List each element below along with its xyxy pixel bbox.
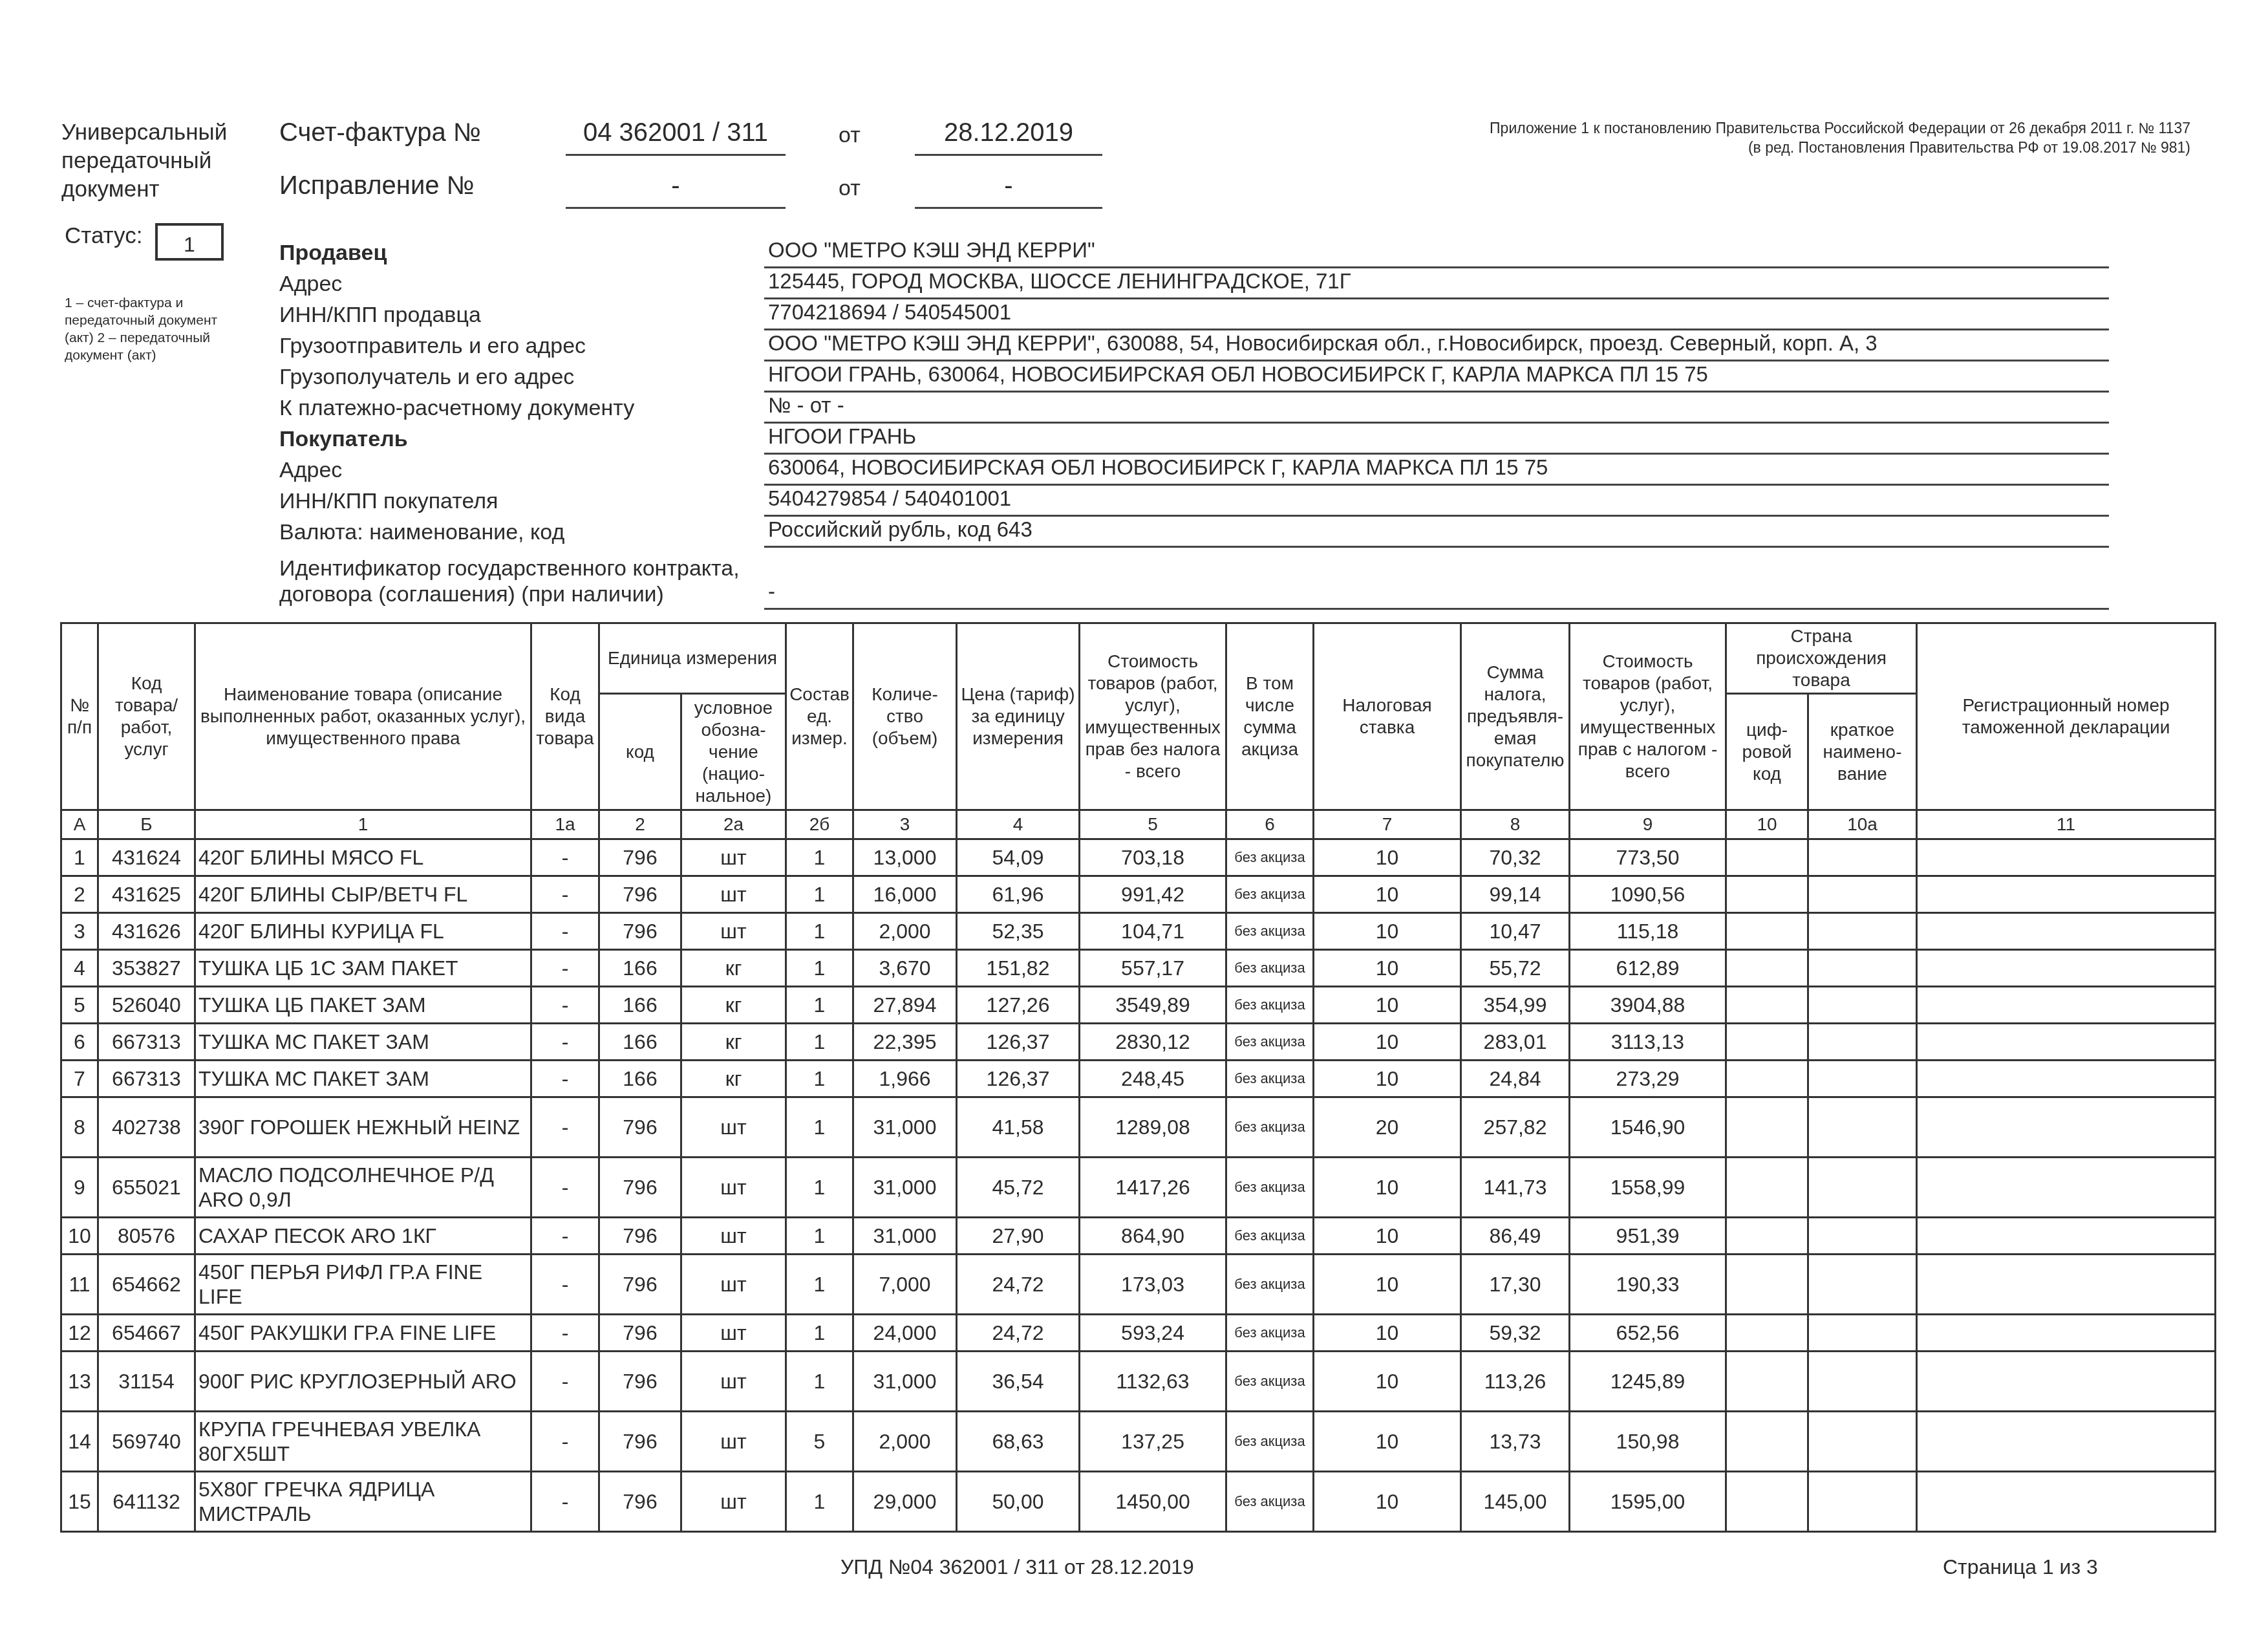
country-code <box>1726 1352 1808 1412</box>
country-code <box>1726 987 1808 1024</box>
tax-rate: 10 <box>1314 950 1461 987</box>
table-row: 9655021МАСЛО ПОДСОЛНЕЧНОЕ Р/Д ARO 0,9Л-7… <box>61 1158 2216 1218</box>
info-row: Грузоотправитель и его адресООО "МЕТРО К… <box>279 330 2109 361</box>
tax-rate: 10 <box>1314 1255 1461 1315</box>
country-name <box>1808 950 1917 987</box>
info-label: К платежно-расчетному документу <box>279 395 764 424</box>
kind-code: - <box>531 876 599 913</box>
excise: без акциза <box>1226 876 1314 913</box>
price: 41,58 <box>957 1097 1080 1158</box>
tax-rate: 10 <box>1314 1061 1461 1097</box>
unit-code: 796 <box>599 1472 681 1532</box>
tax-rate: 10 <box>1314 987 1461 1024</box>
unit-code: 796 <box>599 1352 681 1412</box>
price: 126,37 <box>957 1061 1080 1097</box>
item-name: 900Г РИС КРУГЛОЗЕРНЫЙ ARO <box>195 1352 531 1412</box>
header-pack: Состав ед. измер. <box>786 623 853 810</box>
item-name: 420Г БЛИНЫ СЫР/ВЕТЧ FL <box>195 876 531 913</box>
correction-date-label: от <box>839 176 861 201</box>
cost-without-tax: 991,42 <box>1080 876 1226 913</box>
info-row: К платежно-расчетному документу№ - от - <box>279 393 2109 424</box>
quantity: 22,395 <box>853 1024 957 1061</box>
item-name: ТУШКА ЦБ 1С ЗАМ ПАКЕТ <box>195 950 531 987</box>
unit-name: шт <box>681 1097 786 1158</box>
item-code: 31154 <box>98 1352 195 1412</box>
country-code <box>1726 1412 1808 1472</box>
unit-code: 796 <box>599 1158 681 1218</box>
pack: 1 <box>786 1352 853 1412</box>
unit-code: 166 <box>599 987 681 1024</box>
unit-name: кг <box>681 1024 786 1061</box>
pack: 1 <box>786 913 853 950</box>
item-code: 80576 <box>98 1218 195 1255</box>
info-row: ИНН/КПП покупателя5404279854 / 540401001 <box>279 486 2109 517</box>
total-with-tax: 652,56 <box>1570 1315 1726 1352</box>
table-row: 6667313ТУШКА МС ПАКЕТ ЗАМ-166кг122,39512… <box>61 1024 2216 1061</box>
table-row: 8402738390Г ГОРОШЕК НЕЖНЫЙ HEINZ-796шт13… <box>61 1097 2216 1158</box>
country-code <box>1726 1097 1808 1158</box>
quantity: 13,000 <box>853 839 957 876</box>
kind-code: - <box>531 1024 599 1061</box>
table-row: 11654662450Г ПЕРЬЯ РИФЛ ГР.А FINE LIFE-7… <box>61 1255 2216 1315</box>
customs-number <box>1917 1061 2216 1097</box>
unit-code: 166 <box>599 1061 681 1097</box>
legal-annex: Приложение 1 к постановлению Правительст… <box>1490 118 2190 157</box>
country-name <box>1808 1472 1917 1532</box>
excise: без акциза <box>1226 1061 1314 1097</box>
customs-number <box>1917 1352 2216 1412</box>
country-name <box>1808 876 1917 913</box>
row-number: 8 <box>61 1097 98 1158</box>
row-number: 12 <box>61 1315 98 1352</box>
item-name: ТУШКА МС ПАКЕТ ЗАМ <box>195 1024 531 1061</box>
pack: 1 <box>786 839 853 876</box>
row-number: 3 <box>61 913 98 950</box>
invoice-date: 28.12.2019 <box>915 118 1102 156</box>
info-row: ИНН/КПП продавца7704218694 / 540545001 <box>279 299 2109 330</box>
table-row: 4353827ТУШКА ЦБ 1С ЗАМ ПАКЕТ-166кг13,670… <box>61 950 2216 987</box>
quantity: 24,000 <box>853 1315 957 1352</box>
tax-rate: 10 <box>1314 1158 1461 1218</box>
excise: без акциза <box>1226 839 1314 876</box>
country-code <box>1726 876 1808 913</box>
tax-rate: 10 <box>1314 913 1461 950</box>
customs-number <box>1917 913 2216 950</box>
info-label: Покупатель <box>279 426 764 455</box>
item-name: САХАР ПЕСОК ARO 1КГ <box>195 1218 531 1255</box>
pack: 1 <box>786 987 853 1024</box>
page-indicator: Страница 1 из 3 <box>1943 1555 2098 1579</box>
unit-code: 796 <box>599 876 681 913</box>
info-value: 7704218694 / 540545001 <box>764 300 2109 330</box>
info-row: Идентификатор государственного контракта… <box>279 548 2109 610</box>
cost-without-tax: 1289,08 <box>1080 1097 1226 1158</box>
info-value: НГООИ ГРАНЬ <box>764 424 2109 455</box>
cost-without-tax: 248,45 <box>1080 1061 1226 1097</box>
column-number: 10 <box>1726 810 1808 839</box>
unit-name: кг <box>681 950 786 987</box>
country-name <box>1808 987 1917 1024</box>
cost-without-tax: 2830,12 <box>1080 1024 1226 1061</box>
header-kind: Код вида товара <box>531 623 599 810</box>
table-row: 1431624420Г БЛИНЫ МЯСО FL-796шт113,00054… <box>61 839 2216 876</box>
tax-rate: 20 <box>1314 1097 1461 1158</box>
country-code <box>1726 1218 1808 1255</box>
customs-number <box>1917 1315 2216 1352</box>
column-number: 4 <box>957 810 1080 839</box>
price: 45,72 <box>957 1158 1080 1218</box>
header-name: Наименование товара (описание выполненны… <box>195 623 531 810</box>
country-code <box>1726 950 1808 987</box>
tax-amount: 99,14 <box>1461 876 1570 913</box>
column-number: 7 <box>1314 810 1461 839</box>
info-value: ООО "МЕТРО КЭШ ЭНД КЕРРИ", 630088, 54, Н… <box>764 331 2109 361</box>
kind-code: - <box>531 1061 599 1097</box>
tax-amount: 283,01 <box>1461 1024 1570 1061</box>
quantity: 29,000 <box>853 1472 957 1532</box>
pack: 1 <box>786 1158 853 1218</box>
tax-amount: 24,84 <box>1461 1061 1570 1097</box>
pack: 1 <box>786 1097 853 1158</box>
column-number: 1 <box>195 810 531 839</box>
cost-without-tax: 864,90 <box>1080 1218 1226 1255</box>
kind-code: - <box>531 1158 599 1218</box>
header-country-name: краткое наимено-вание <box>1808 694 1917 810</box>
unit-name: кг <box>681 987 786 1024</box>
column-number: 10а <box>1808 810 1917 839</box>
info-row: Грузополучатель и его адресНГООИ ГРАНЬ, … <box>279 361 2109 393</box>
item-name: 420Г БЛИНЫ МЯСО FL <box>195 839 531 876</box>
unit-name: шт <box>681 1412 786 1472</box>
column-number: 1а <box>531 810 599 839</box>
customs-number <box>1917 1097 2216 1158</box>
excise: без акциза <box>1226 1158 1314 1218</box>
invoice-date-label: от <box>839 123 861 148</box>
cost-without-tax: 3549,89 <box>1080 987 1226 1024</box>
quantity: 3,670 <box>853 950 957 987</box>
country-name <box>1808 1412 1917 1472</box>
country-name <box>1808 1061 1917 1097</box>
column-number: 2б <box>786 810 853 839</box>
status-box: 1 <box>155 223 224 261</box>
table-row: 14569740КРУПА ГРЕЧНЕВАЯ УВЕЛКА 80ГХ5ШТ-7… <box>61 1412 2216 1472</box>
header-num: № п/п <box>61 623 98 810</box>
row-number: 6 <box>61 1024 98 1061</box>
invoice-number: 04 362001 / 311 <box>566 118 786 156</box>
column-number: А <box>61 810 98 839</box>
info-label: ИНН/КПП продавца <box>279 302 764 330</box>
row-number: 5 <box>61 987 98 1024</box>
customs-number <box>1917 1218 2216 1255</box>
price: 24,72 <box>957 1255 1080 1315</box>
price: 52,35 <box>957 913 1080 950</box>
info-label: Грузополучатель и его адрес <box>279 364 764 393</box>
unit-name: шт <box>681 839 786 876</box>
quantity: 2,000 <box>853 1412 957 1472</box>
pack: 1 <box>786 1024 853 1061</box>
total-with-tax: 3904,88 <box>1570 987 1726 1024</box>
cost-without-tax: 1132,63 <box>1080 1352 1226 1412</box>
kind-code: - <box>531 950 599 987</box>
quantity: 27,894 <box>853 987 957 1024</box>
country-name <box>1808 1352 1917 1412</box>
total-with-tax: 3113,13 <box>1570 1024 1726 1061</box>
annex-line-1: Приложение 1 к постановлению Правительст… <box>1490 118 2190 138</box>
excise: без акциза <box>1226 1255 1314 1315</box>
tax-amount: 86,49 <box>1461 1218 1570 1255</box>
row-number: 4 <box>61 950 98 987</box>
row-number: 11 <box>61 1255 98 1315</box>
total-with-tax: 1245,89 <box>1570 1352 1726 1412</box>
tax-rate: 10 <box>1314 1315 1461 1352</box>
row-number: 13 <box>61 1352 98 1412</box>
pack: 1 <box>786 1315 853 1352</box>
pack: 1 <box>786 1218 853 1255</box>
unit-code: 796 <box>599 1255 681 1315</box>
customs-number <box>1917 839 2216 876</box>
quantity: 2,000 <box>853 913 957 950</box>
row-number: 10 <box>61 1218 98 1255</box>
info-row: Адрес630064, НОВОСИБИРСКАЯ ОБЛ НОВОСИБИР… <box>279 455 2109 486</box>
correction-date: - <box>915 171 1102 209</box>
customs-number <box>1917 1472 2216 1532</box>
country-code <box>1726 1061 1808 1097</box>
pack: 1 <box>786 950 853 987</box>
unit-code: 796 <box>599 1218 681 1255</box>
country-name <box>1808 1097 1917 1158</box>
country-code <box>1726 913 1808 950</box>
excise: без акциза <box>1226 987 1314 1024</box>
table-row: 5526040ТУШКА ЦБ ПАКЕТ ЗАМ-166кг127,89412… <box>61 987 2216 1024</box>
country-code <box>1726 1472 1808 1532</box>
column-number: 2 <box>599 810 681 839</box>
header-unit-name: условное обозна-чение (нацио-нальное) <box>681 694 786 810</box>
total-with-tax: 190,33 <box>1570 1255 1726 1315</box>
unit-name: шт <box>681 1472 786 1532</box>
unit-name: шт <box>681 1352 786 1412</box>
total-with-tax: 951,39 <box>1570 1218 1726 1255</box>
unit-code: 166 <box>599 1024 681 1061</box>
kind-code: - <box>531 987 599 1024</box>
column-number: 3 <box>853 810 957 839</box>
excise: без акциза <box>1226 950 1314 987</box>
excise: без акциза <box>1226 1024 1314 1061</box>
quantity: 16,000 <box>853 876 957 913</box>
country-name <box>1808 1255 1917 1315</box>
table-row: 1331154900Г РИС КРУГЛОЗЕРНЫЙ ARO-796шт13… <box>61 1352 2216 1412</box>
excise: без акциза <box>1226 1472 1314 1532</box>
info-value: 125445, ГОРОД МОСКВА, ШОССЕ ЛЕНИНГРАДСКО… <box>764 269 2109 299</box>
header-unit-code: код <box>599 694 681 810</box>
excise: без акциза <box>1226 1218 1314 1255</box>
cost-without-tax: 703,18 <box>1080 839 1226 876</box>
table-row: 7667313ТУШКА МС ПАКЕТ ЗАМ-166кг11,966126… <box>61 1061 2216 1097</box>
country-name <box>1808 913 1917 950</box>
info-value: № - от - <box>764 393 2109 424</box>
column-number: 9 <box>1570 810 1726 839</box>
item-code: 655021 <box>98 1158 195 1218</box>
header-price: Цена (тариф) за единицу измерения <box>957 623 1080 810</box>
unit-code: 166 <box>599 950 681 987</box>
tax-amount: 10,47 <box>1461 913 1570 950</box>
info-value: Российский рубль, код 643 <box>764 517 2109 548</box>
header-customs: Регистрационный номер таможенной деклара… <box>1917 623 2216 810</box>
kind-code: - <box>531 1412 599 1472</box>
header-cost: Стоимость товаров (работ, услуг), имущес… <box>1080 623 1226 810</box>
cost-without-tax: 557,17 <box>1080 950 1226 987</box>
quantity: 31,000 <box>853 1097 957 1158</box>
item-name: МАСЛО ПОДСОЛНЕЧНОЕ Р/Д ARO 0,9Л <box>195 1158 531 1218</box>
tax-rate: 10 <box>1314 1352 1461 1412</box>
price: 50,00 <box>957 1472 1080 1532</box>
item-name: ТУШКА ЦБ ПАКЕТ ЗАМ <box>195 987 531 1024</box>
kind-code: - <box>531 1472 599 1532</box>
total-with-tax: 115,18 <box>1570 913 1726 950</box>
row-number: 9 <box>61 1158 98 1218</box>
item-name: КРУПА ГРЕЧНЕВАЯ УВЕЛКА 80ГХ5ШТ <box>195 1412 531 1472</box>
header-unit-group: Единица измерения <box>599 623 786 694</box>
item-code: 526040 <box>98 987 195 1024</box>
country-code <box>1726 1158 1808 1218</box>
quantity: 31,000 <box>853 1158 957 1218</box>
item-code: 654667 <box>98 1315 195 1352</box>
country-name <box>1808 1315 1917 1352</box>
country-code <box>1726 1255 1808 1315</box>
header-total: Стоимость товаров (работ, услуг), имущес… <box>1570 623 1726 810</box>
total-with-tax: 1546,90 <box>1570 1097 1726 1158</box>
cost-without-tax: 1417,26 <box>1080 1158 1226 1218</box>
country-name <box>1808 1024 1917 1061</box>
excise: без акциза <box>1226 1097 1314 1158</box>
country-name <box>1808 839 1917 876</box>
item-name: 390Г ГОРОШЕК НЕЖНЫЙ HEINZ <box>195 1097 531 1158</box>
pack: 5 <box>786 1412 853 1472</box>
unit-name: шт <box>681 913 786 950</box>
tax-rate: 10 <box>1314 1024 1461 1061</box>
goods-table: № п/п Код товара/ работ, услуг Наименова… <box>60 622 2216 1533</box>
item-code: 402738 <box>98 1097 195 1158</box>
column-number: Б <box>98 810 195 839</box>
total-with-tax: 1558,99 <box>1570 1158 1726 1218</box>
table-row: 2431625420Г БЛИНЫ СЫР/ВЕТЧ FL-796шт116,0… <box>61 876 2216 913</box>
item-code: 431625 <box>98 876 195 913</box>
info-label: Адрес <box>279 271 764 299</box>
tax-rate: 10 <box>1314 1218 1461 1255</box>
unit-name: шт <box>681 1158 786 1218</box>
info-value: - <box>764 579 2109 610</box>
row-number: 14 <box>61 1412 98 1472</box>
tax-amount: 141,73 <box>1461 1158 1570 1218</box>
quantity: 1,966 <box>853 1061 957 1097</box>
country-code <box>1726 1315 1808 1352</box>
kind-code: - <box>531 913 599 950</box>
tax-amount: 13,73 <box>1461 1412 1570 1472</box>
total-with-tax: 273,29 <box>1570 1061 1726 1097</box>
info-row: Адрес125445, ГОРОД МОСКВА, ШОССЕ ЛЕНИНГР… <box>279 268 2109 299</box>
unit-code: 796 <box>599 913 681 950</box>
kind-code: - <box>531 1218 599 1255</box>
country-code <box>1726 839 1808 876</box>
country-name <box>1808 1218 1917 1255</box>
header-country-group: Страна происхождения товара <box>1726 623 1917 694</box>
customs-number <box>1917 1158 2216 1218</box>
unit-code: 796 <box>599 1315 681 1352</box>
price: 61,96 <box>957 876 1080 913</box>
excise: без акциза <box>1226 1412 1314 1472</box>
country-code <box>1726 1024 1808 1061</box>
column-number: 11 <box>1917 810 2216 839</box>
tax-amount: 17,30 <box>1461 1255 1570 1315</box>
total-with-tax: 150,98 <box>1570 1412 1726 1472</box>
cost-without-tax: 1450,00 <box>1080 1472 1226 1532</box>
row-number: 1 <box>61 839 98 876</box>
footer-doc-ref: УПД №04 362001 / 311 от 28.12.2019 <box>840 1555 1194 1579</box>
price: 68,63 <box>957 1412 1080 1472</box>
country-name <box>1808 1158 1917 1218</box>
tax-amount: 354,99 <box>1461 987 1570 1024</box>
item-name: 420Г БЛИНЫ КУРИЦА FL <box>195 913 531 950</box>
column-number: 8 <box>1461 810 1570 839</box>
info-label: Адрес <box>279 457 764 486</box>
annex-line-2: (в ред. Постановления Правительства РФ о… <box>1490 138 2190 157</box>
header-country-code: циф-ровой код <box>1726 694 1808 810</box>
info-label: Грузоотправитель и его адрес <box>279 333 764 361</box>
customs-number <box>1917 950 2216 987</box>
item-name: 450Г РАКУШКИ ГР.А FINE LIFE <box>195 1315 531 1352</box>
column-number: 6 <box>1226 810 1314 839</box>
quantity: 31,000 <box>853 1352 957 1412</box>
excise: без акциза <box>1226 1352 1314 1412</box>
tax-amount: 113,26 <box>1461 1352 1570 1412</box>
info-label: Идентификатор государственного контракта… <box>279 555 764 610</box>
cost-without-tax: 173,03 <box>1080 1255 1226 1315</box>
excise: без акциза <box>1226 1315 1314 1352</box>
customs-number <box>1917 876 2216 913</box>
table-row: 12654667450Г РАКУШКИ ГР.А FINE LIFE-796ш… <box>61 1315 2216 1352</box>
tax-rate: 10 <box>1314 1412 1461 1472</box>
item-code: 641132 <box>98 1472 195 1532</box>
info-value: 5404279854 / 540401001 <box>764 486 2109 517</box>
unit-code: 796 <box>599 839 681 876</box>
info-label: Валюта: наименование, код <box>279 519 764 548</box>
tax-amount: 59,32 <box>1461 1315 1570 1352</box>
info-row: ПродавецООО "МЕТРО КЭШ ЭНД КЕРРИ" <box>279 237 2109 268</box>
column-number: 2а <box>681 810 786 839</box>
customs-number <box>1917 1255 2216 1315</box>
pack: 1 <box>786 1255 853 1315</box>
column-numbers-row: АБ11а22а2б34567891010а11 <box>61 810 2216 839</box>
header-qty: Количе-ство (объем) <box>853 623 957 810</box>
tax-rate: 10 <box>1314 1472 1461 1532</box>
customs-number <box>1917 1024 2216 1061</box>
cost-without-tax: 137,25 <box>1080 1412 1226 1472</box>
pack: 1 <box>786 876 853 913</box>
kind-code: - <box>531 1097 599 1158</box>
price: 24,72 <box>957 1315 1080 1352</box>
cost-without-tax: 593,24 <box>1080 1315 1226 1352</box>
header-tax: Сумма налога, предъявля-емая покупателю <box>1461 623 1570 810</box>
price: 54,09 <box>957 839 1080 876</box>
table-row: 1080576САХАР ПЕСОК ARO 1КГ-796шт131,0002… <box>61 1218 2216 1255</box>
tax-amount: 257,82 <box>1461 1097 1570 1158</box>
item-code: 667313 <box>98 1024 195 1061</box>
status-note: 1 – счет-фактура и передаточный документ… <box>65 294 220 364</box>
cost-without-tax: 104,71 <box>1080 913 1226 950</box>
header-rate: Налоговая ставка <box>1314 623 1461 810</box>
unit-name: шт <box>681 1218 786 1255</box>
row-number: 2 <box>61 876 98 913</box>
kind-code: - <box>531 1352 599 1412</box>
